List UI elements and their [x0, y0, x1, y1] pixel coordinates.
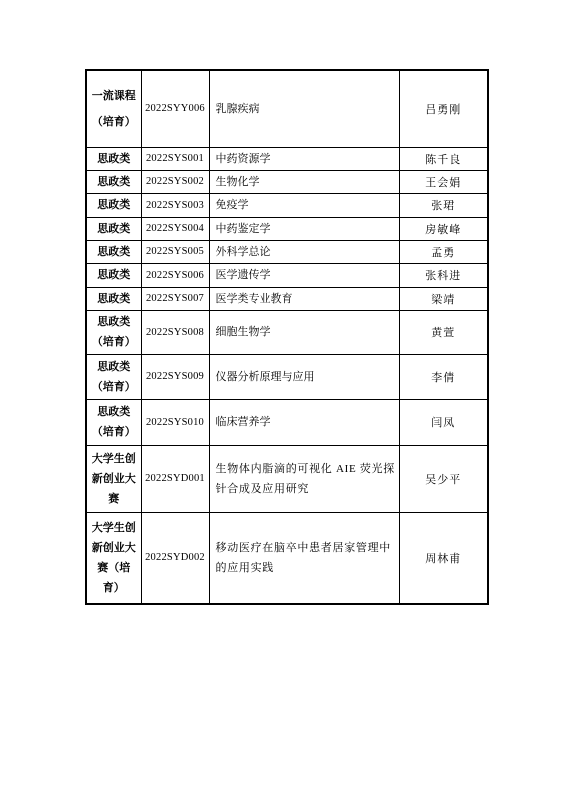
course-cell: 生物体内脂滴的可视化 AIE 荧光探 针合成及应用研究 — [209, 445, 399, 512]
table-row: 思政类 2022SYS004 中药鉴定学 房敏峰 — [86, 217, 488, 240]
category-cell: 思政类 — [86, 147, 141, 170]
code-cell: 2022SYS001 — [141, 147, 209, 170]
category-cell: 思政类 — [86, 217, 141, 240]
instructor-cell: 闫凤 — [399, 399, 488, 445]
table-row: 思政类 2022SYS005 外科学总论 孟勇 — [86, 240, 488, 263]
instructor-cell: 孟勇 — [399, 240, 488, 263]
category-cell: 思政类 — [86, 287, 141, 310]
instructor-cell: 王会娟 — [399, 170, 488, 193]
category-cell: 思政类 — [86, 170, 141, 193]
category-cell: 思政类 — [86, 263, 141, 287]
instructor-cell: 张珺 — [399, 193, 488, 217]
course-cell: 中药鉴定学 — [209, 217, 399, 240]
category-cell: 思政类 — [86, 193, 141, 217]
category-cell: 思政类 （培育） — [86, 310, 141, 354]
document-page: 一流课程 （培育） 2022SYY006 乳腺疾病 吕勇刚 思政类 2022SY… — [0, 0, 571, 810]
course-cell: 外科学总论 — [209, 240, 399, 263]
table-row: 思政类 2022SYS007 医学类专业教育 梁靖 — [86, 287, 488, 310]
code-cell: 2022SYS004 — [141, 217, 209, 240]
table-row: 思政类 2022SYS002 生物化学 王会娟 — [86, 170, 488, 193]
instructor-cell: 黄萱 — [399, 310, 488, 354]
code-cell: 2022SYS007 — [141, 287, 209, 310]
table-row: 思政类 2022SYS006 医学遗传学 张科进 — [86, 263, 488, 287]
code-cell: 2022SYD001 — [141, 445, 209, 512]
instructor-cell: 吕勇刚 — [399, 70, 488, 147]
code-cell: 2022SYS008 — [141, 310, 209, 354]
course-cell: 乳腺疾病 — [209, 70, 399, 147]
code-cell: 2022SYS005 — [141, 240, 209, 263]
course-cell: 中药资源学 — [209, 147, 399, 170]
table-row: 大学生创 新创业大 赛 2022SYD001 生物体内脂滴的可视化 AIE 荧光… — [86, 445, 488, 512]
instructor-cell: 吴少平 — [399, 445, 488, 512]
code-cell: 2022SYS010 — [141, 399, 209, 445]
course-cell: 医学类专业教育 — [209, 287, 399, 310]
instructor-cell: 陈千良 — [399, 147, 488, 170]
table-row: 思政类 （培育） 2022SYS008 细胞生物学 黄萱 — [86, 310, 488, 354]
instructor-cell: 房敏峰 — [399, 217, 488, 240]
table-row: 思政类 （培育） 2022SYS009 仪器分析原理与应用 李倩 — [86, 354, 488, 399]
course-cell: 临床营养学 — [209, 399, 399, 445]
code-cell: 2022SYS002 — [141, 170, 209, 193]
table-row: 思政类 2022SYS003 免疫学 张珺 — [86, 193, 488, 217]
instructor-cell: 李倩 — [399, 354, 488, 399]
category-cell: 一流课程 （培育） — [86, 70, 141, 147]
table-row: 思政类 （培育） 2022SYS010 临床营养学 闫凤 — [86, 399, 488, 445]
category-cell: 大学生创 新创业大 赛（培 育） — [86, 512, 141, 604]
table-row: 思政类 2022SYS001 中药资源学 陈千良 — [86, 147, 488, 170]
code-cell: 2022SYS006 — [141, 263, 209, 287]
course-cell: 生物化学 — [209, 170, 399, 193]
course-cell: 仪器分析原理与应用 — [209, 354, 399, 399]
course-cell: 免疫学 — [209, 193, 399, 217]
course-cell: 细胞生物学 — [209, 310, 399, 354]
table-row: 大学生创 新创业大 赛（培 育） 2022SYD002 移动医疗在脑卒中患者居家… — [86, 512, 488, 604]
course-cell: 移动医疗在脑卒中患者居家管理中 的应用实践 — [209, 512, 399, 604]
category-cell: 思政类 （培育） — [86, 354, 141, 399]
code-cell: 2022SYS009 — [141, 354, 209, 399]
category-cell: 思政类 — [86, 240, 141, 263]
instructor-cell: 梁靖 — [399, 287, 488, 310]
course-cell: 医学遗传学 — [209, 263, 399, 287]
category-cell: 思政类 （培育） — [86, 399, 141, 445]
instructor-cell: 周林甫 — [399, 512, 488, 604]
code-cell: 2022SYY006 — [141, 70, 209, 147]
table-row: 一流课程 （培育） 2022SYY006 乳腺疾病 吕勇刚 — [86, 70, 488, 147]
course-table: 一流课程 （培育） 2022SYY006 乳腺疾病 吕勇刚 思政类 2022SY… — [85, 69, 489, 605]
code-cell: 2022SYS003 — [141, 193, 209, 217]
category-cell: 大学生创 新创业大 赛 — [86, 445, 141, 512]
instructor-cell: 张科进 — [399, 263, 488, 287]
code-cell: 2022SYD002 — [141, 512, 209, 604]
